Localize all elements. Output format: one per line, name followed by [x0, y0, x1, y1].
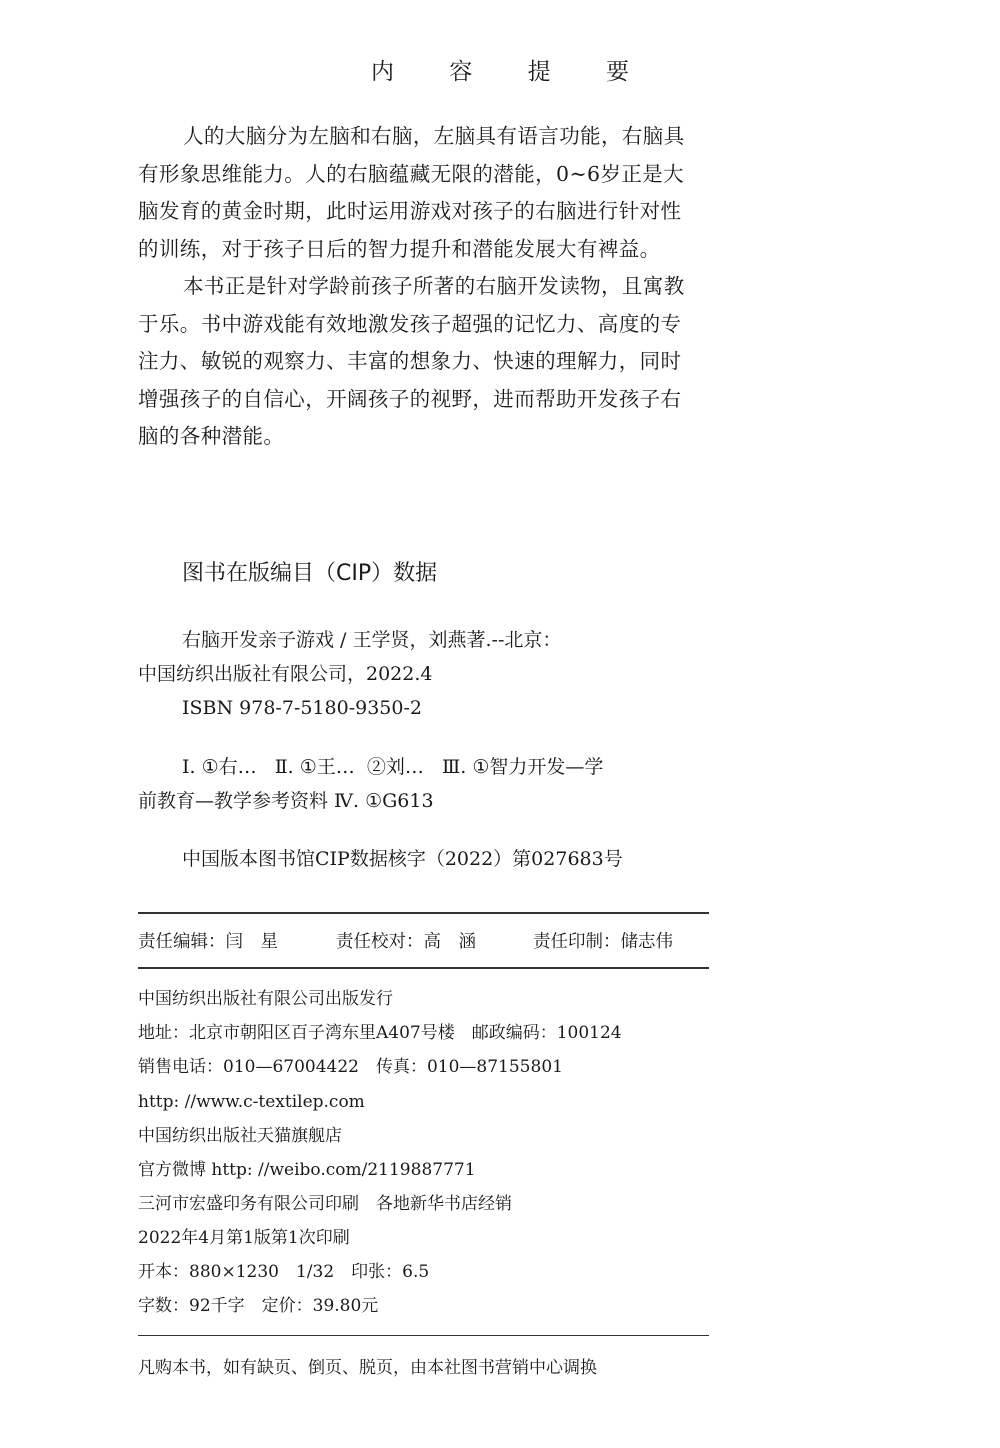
publisher-line: 中国纺织出版社有限公司出版发行: [138, 982, 393, 1016]
cip-heading: 图书在版编目（CIP）数据: [182, 556, 437, 592]
format-line: 开本：880×1230 1/32 印张：6.5: [138, 1255, 429, 1289]
text-line: 人的大脑分为左脑和右脑，左脑具有语言功能，右脑具: [138, 118, 712, 156]
summary-title: 内 容 提 要: [0, 52, 1000, 92]
text-line: 脑的各种潜能。: [138, 418, 712, 456]
text-line: 本书正是针对学龄前孩子所著的右脑开发读物，且寓教: [138, 268, 712, 306]
text-line: 的训练，对于孩子日后的智力提升和潜能发展大有裨益。: [138, 231, 712, 269]
text-line: 注力、敏锐的观察力、丰富的想象力、快速的理解力，同时: [138, 343, 712, 381]
editor-credit: 责任编辑：闫 星: [138, 925, 336, 959]
divider: [138, 912, 709, 914]
printing-credit: 责任印制：储志伟: [533, 925, 673, 959]
text-line: 于乐。书中游戏能有效地激发孩子超强的记忆力、高度的专: [138, 306, 712, 344]
weibo-link[interactable]: 官方微博 http: //weibo.com/2119887771: [138, 1153, 476, 1187]
divider: [138, 1335, 709, 1336]
edition-line: 2022年4月第1版第1次印刷: [138, 1221, 350, 1255]
cip-publisher-line: 中国纺织出版社有限公司，2022.4: [138, 657, 432, 691]
summary-paragraph-1: 人的大脑分为左脑和右脑，左脑具有语言功能，右脑具 有形象思维能力。人的右脑蕴藏无…: [138, 118, 712, 268]
website-link[interactable]: http: //www.c-textilep.com: [138, 1085, 365, 1119]
divider: [138, 967, 709, 969]
staff-credits: 责任编辑：闫 星责任校对：高 涵责任印制：储志伟: [138, 925, 709, 959]
cip-isbn-line: ISBN 978-7-5180-9350-2: [182, 691, 422, 725]
summary-paragraph-2: 本书正是针对学龄前孩子所著的右脑开发读物，且寓教 于乐。书中游戏能有效地激发孩子…: [138, 268, 712, 456]
text-line: 脑发育的黄金时期，此时运用游戏对孩子的右脑进行针对性: [138, 193, 712, 231]
address-line: 地址：北京市朝阳区百子湾东里A407号楼 邮政编码：100124: [138, 1016, 622, 1050]
text-line: 有形象思维能力。人的右脑蕴藏无限的潜能，0~6岁正是大: [138, 156, 712, 194]
cip-classification-line: 前教育—教学参考资料 Ⅳ. ①G613: [138, 784, 434, 818]
cip-classification-line: Ⅰ. ①右… Ⅱ. ①王… ②刘… Ⅲ. ①智力开发—学: [182, 750, 603, 784]
proofreader-credit: 责任校对：高 涵: [336, 925, 533, 959]
cip-title-line: 右脑开发亲子游戏 / 王学贤，刘燕著.--北京：: [182, 623, 561, 657]
cip-record-number: 中国版本图书馆CIP数据核字（2022）第027683号: [182, 842, 623, 876]
tmall-store-line: 中国纺织出版社天猫旗舰店: [138, 1119, 342, 1153]
phone-line: 销售电话：010—67004422 传真：010—87155801: [138, 1050, 563, 1084]
replacement-notice: 凡购本书，如有缺页、倒页、脱页，由本社图书营销中心调换: [138, 1351, 597, 1385]
printer-line: 三河市宏盛印务有限公司印刷 各地新华书店经销: [138, 1187, 512, 1221]
text-line: 增强孩子的自信心，开阔孩子的视野，进而帮助开发孩子右: [138, 381, 712, 419]
price-line: 字数：92千字 定价：39.80元: [138, 1289, 378, 1323]
